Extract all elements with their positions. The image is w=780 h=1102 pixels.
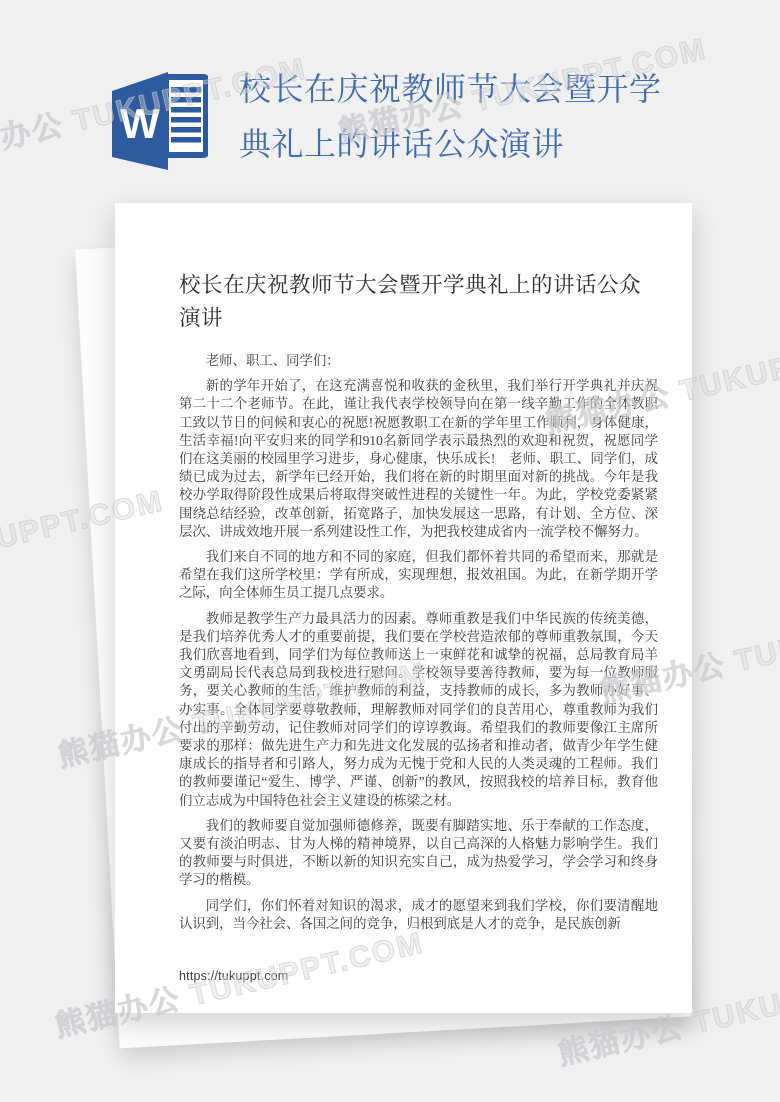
- paragraph: 新的学年开始了，在这充满喜悦和收获的金秋里，我们举行开学典礼并庆祝第二十二个老师…: [179, 377, 658, 541]
- page-background: W 校长在庆祝教师节大会暨开学典礼上的讲话公众演讲 校长在庆祝教师节大会暨开学典…: [0, 0, 780, 1102]
- document-page: 校长在庆祝教师节大会暨开学典礼上的讲话公众演讲 老师、职工、同学们： 新的学年开…: [115, 203, 692, 1013]
- footer-url[interactable]: https://tukuppt.com: [179, 969, 288, 983]
- paragraph: 同学们，你们怀着对知识的渴求，成才的愿望来到我们学校，你们要清醒地认识到，当今社…: [179, 897, 658, 933]
- header: W 校长在庆祝教师节大会暨开学典礼上的讲话公众演讲: [0, 0, 780, 200]
- document-heading: 校长在庆祝教师节大会暨开学典礼上的讲话公众演讲: [179, 269, 658, 335]
- salutation: 老师、职工、同学们：: [179, 352, 658, 370]
- word-file-icon: W: [108, 64, 208, 176]
- document-body: 新的学年开始了，在这充满喜悦和收获的金秋里，我们举行开学典礼并庆祝第二十二个老师…: [179, 377, 658, 933]
- word-icon-letter: W: [120, 100, 160, 147]
- page-title: 校长在庆祝教师节大会暨开学典礼上的讲话公众演讲: [239, 62, 671, 172]
- paragraph: 教师是教学生产力最具活力的因素。尊师重教是我们中华民族的传统美德，是我们培养优秀…: [179, 610, 658, 810]
- paragraph: 我们来自不同的地方和不同的家庭，但我们都怀着共同的希望而来，那就是希望在我们这所…: [179, 548, 658, 603]
- paragraph: 我们的教师要自觉加强师德修养，既要有脚踏实地、乐于奉献的工作态度，又要有淡泊明志…: [179, 817, 658, 890]
